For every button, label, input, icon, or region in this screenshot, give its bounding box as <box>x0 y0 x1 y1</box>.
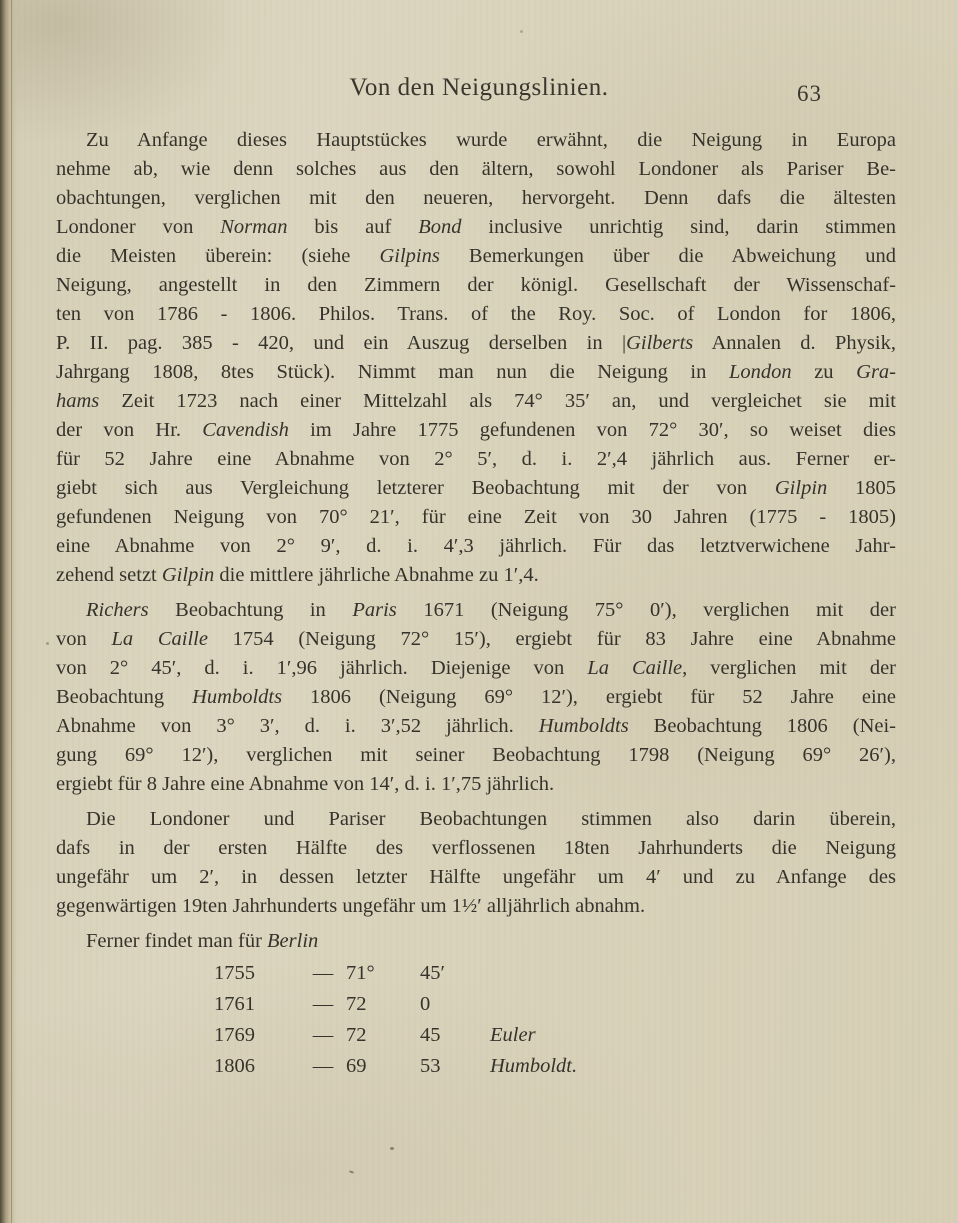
paragraph: Zu Anfange dieses Hauptstückes wurde erw… <box>56 126 896 590</box>
text-line: Richers Beobachtung in Paris 1671 (Neigu… <box>56 596 896 625</box>
text-line: giebt sich aus Vergleichung letzterer Be… <box>56 474 896 503</box>
ink-speck <box>349 1170 354 1174</box>
text-line: ungefähr um 2′, in dessen letzter Hälfte… <box>56 863 896 892</box>
text-line: Abnahme von 3° 3′, d. i. 3′,52 jährlich.… <box>56 712 896 741</box>
text-line: eine Abnahme von 2° 9′, d. i. 4′,3 jährl… <box>56 532 896 561</box>
cell-year: 1806 <box>214 1051 300 1082</box>
text-line: ten von 1786 - 1806. Philos. Trans. of t… <box>56 300 896 329</box>
cell-year: 1769 <box>214 1020 300 1051</box>
cell-deg: 72 <box>346 989 412 1020</box>
text-line: gefundenen Neigung von 70° 21′, für eine… <box>56 503 896 532</box>
text-line: der von Hr. Cavendish im Jahre 1775 gefu… <box>56 416 896 445</box>
cell-name: Humboldt. <box>474 1051 896 1082</box>
cell-min: 53 <box>412 1051 474 1082</box>
berlin-table: 1755—71°45′1761—7201769—7245Euler1806—69… <box>214 958 896 1082</box>
text-line: Londoner von Norman bis auf Bond inclusi… <box>56 213 896 242</box>
ink-speck <box>390 1147 394 1150</box>
body-text: Zu Anfange dieses Hauptstückes wurde erw… <box>56 126 896 1082</box>
ink-speck <box>520 30 523 33</box>
text-line: Ferner findet man für Berlin <box>56 927 896 956</box>
table-row: 1806—6953Humboldt. <box>214 1051 896 1082</box>
text-line: hams Zeit 1723 nach einer Mittelzahl als… <box>56 387 896 416</box>
text-line: Die Londoner und Pariser Beobachtungen s… <box>56 805 896 834</box>
text-line: von 2° 45′, d. i. 1′,96 jährlich. Diejen… <box>56 654 896 683</box>
cell-min: 0 <box>412 989 474 1020</box>
paragraph: Die Londoner und Pariser Beobachtungen s… <box>56 805 896 921</box>
cell-deg: 72 <box>346 1020 412 1051</box>
text-line: Jahrgang 1808, 8tes Stück). Nimmt man nu… <box>56 358 896 387</box>
cell-min: 45 <box>412 1020 474 1051</box>
text-line: Neigung, angestellt in den Zimmern der k… <box>56 271 896 300</box>
paragraph: Richers Beobachtung in Paris 1671 (Neigu… <box>56 596 896 799</box>
cell-deg: 69 <box>346 1051 412 1082</box>
ink-speck <box>46 642 49 645</box>
text-line: Beobachtung Humboldts 1806 (Neigung 69° … <box>56 683 896 712</box>
text-line: für 52 Jahre eine Abnahme von 2° 5′, d. … <box>56 445 896 474</box>
table-row: 1761—720 <box>214 989 896 1020</box>
text-line: nehme ab, wie denn solches aus den älter… <box>56 155 896 184</box>
table-row: 1769—7245Euler <box>214 1020 896 1051</box>
text-line: zehend setzt Gilpin die mittlere jährlic… <box>56 561 896 590</box>
cell-min: 45′ <box>412 958 474 989</box>
cell-sep: — <box>300 958 346 989</box>
cell-year: 1761 <box>214 989 300 1020</box>
book-page: Von den Neigungslinien. 63 Zu Anfange di… <box>0 0 958 1223</box>
text-line: gegenwärtigen 19ten Jahrhunderts ungefäh… <box>56 892 896 921</box>
cell-sep: — <box>300 1051 346 1082</box>
page-edge-line <box>11 0 12 1223</box>
text-line: Zu Anfange dieses Hauptstückes wurde erw… <box>56 126 896 155</box>
table-row: 1755—71°45′ <box>214 958 896 989</box>
text-line: dafs in der ersten Hälfte des verflossen… <box>56 834 896 863</box>
cell-deg: 71° <box>346 958 412 989</box>
page-binding-edge <box>0 0 18 1223</box>
text-line: die Meisten überein: (siehe Gilpins Beme… <box>56 242 896 271</box>
text-line: obachtungen, verglichen mit den neueren,… <box>56 184 896 213</box>
cell-sep: — <box>300 1020 346 1051</box>
paragraph: Ferner findet man für Berlin <box>56 927 896 956</box>
text-line: gung 69° 12′), verglichen mit seiner Beo… <box>56 741 896 770</box>
page-number: 63 <box>797 81 822 107</box>
cell-name: Euler <box>474 1020 896 1051</box>
cell-sep: — <box>300 989 346 1020</box>
text-line: P. II. pag. 385 - 420, und ein Auszug de… <box>56 329 896 358</box>
text-line: von La Caille 1754 (Neigung 72° 15′), er… <box>56 625 896 654</box>
text-line: ergiebt für 8 Jahre eine Abnahme von 14′… <box>56 770 896 799</box>
cell-year: 1755 <box>214 958 300 989</box>
